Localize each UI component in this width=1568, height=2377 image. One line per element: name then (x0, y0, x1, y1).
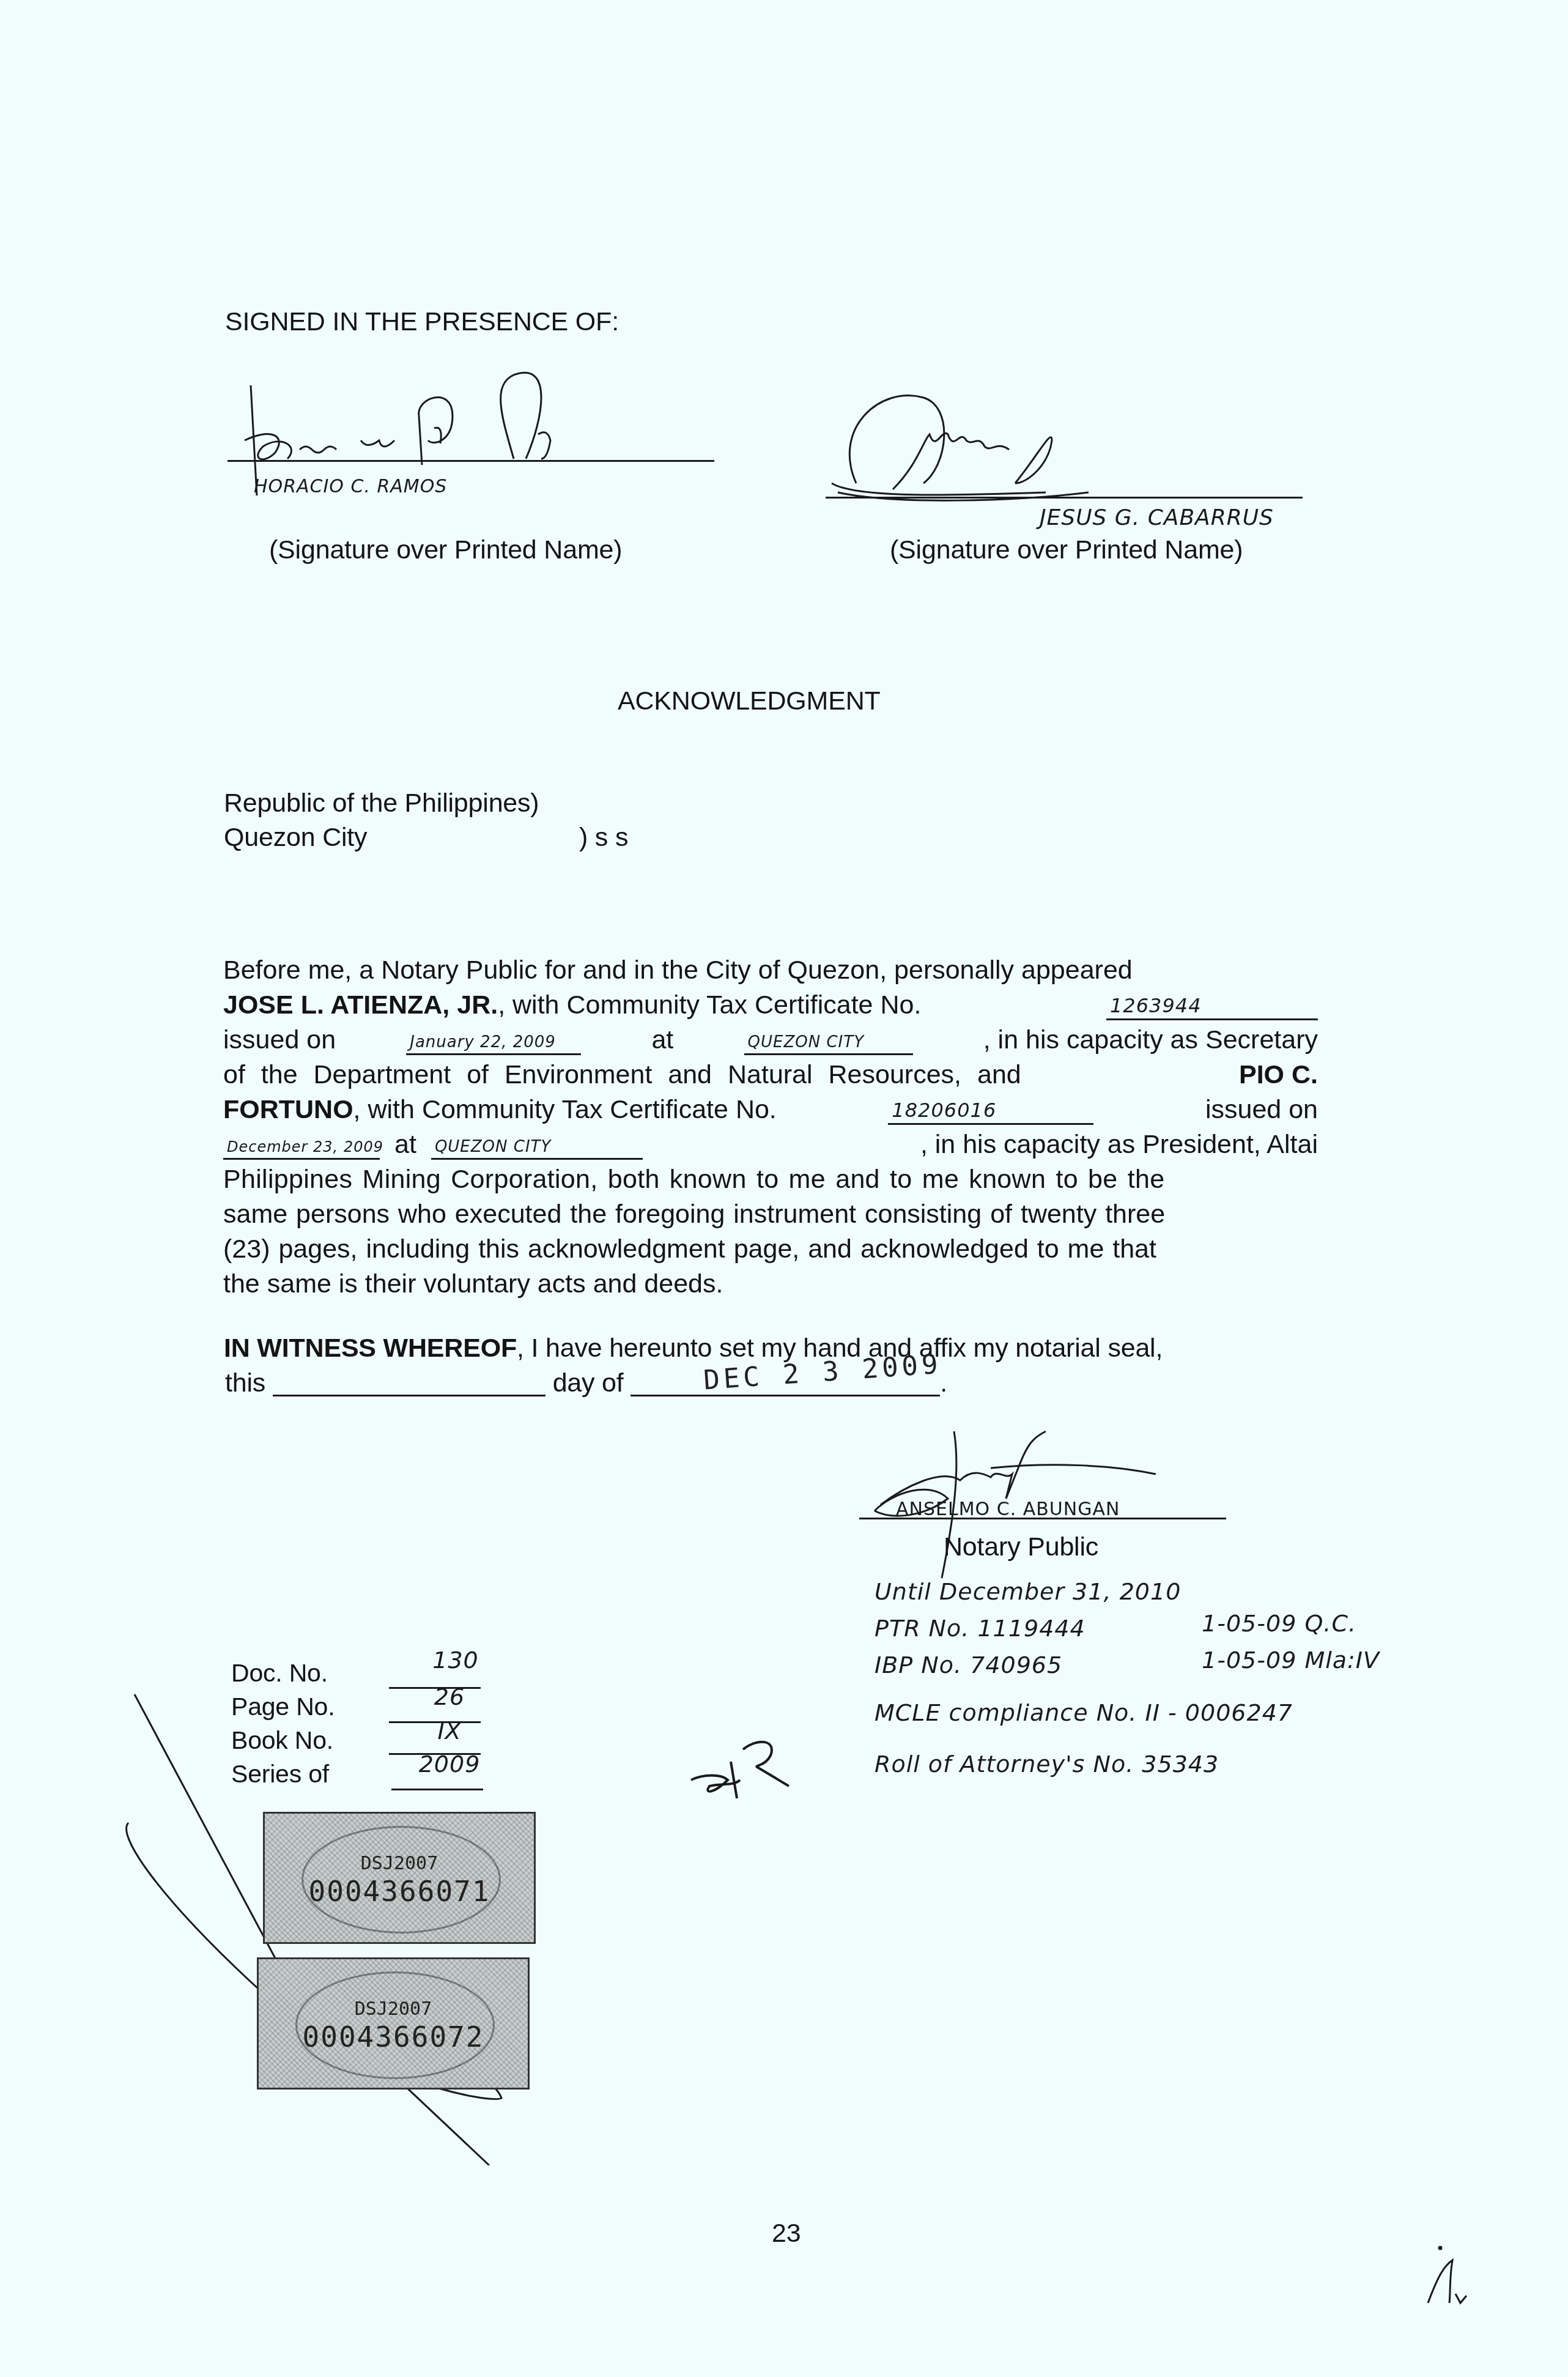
venue-country: Republic of the Philippines) (224, 790, 539, 817)
notary-printed-name: ANSELMO C. ABUNGAN (896, 1499, 1120, 1520)
doc-no-value: 130 (410, 1647, 501, 1674)
paragraph-text: at (394, 1132, 416, 1158)
witnesses-heading: SIGNED IN THE PRESENCE OF: (225, 309, 619, 335)
corner-initials-mark (1425, 2242, 1474, 2312)
ctc1-number-field: 1263944 (1106, 992, 1318, 1020)
ctc1-date-field: January 22, 2009 (406, 1027, 581, 1055)
stamp-serial: 0004366072 (259, 2020, 528, 2053)
paragraph-line-5: FORTUNO, with Community Tax Certificate … (223, 1097, 1318, 1125)
ctc1-number: 1263944 (1110, 994, 1202, 1017)
paragraph-text: the same is their voluntary acts and dee… (223, 1271, 723, 1297)
initials-mark (685, 1737, 819, 1808)
venue-ss: ) s s (579, 825, 628, 851)
paragraph-text: , in his capacity as Secretary (983, 1027, 1318, 1053)
paragraph-line-1: Before me, a Notary Public for and in th… (223, 957, 1318, 984)
ctc2-number-field: 18206016 (888, 1097, 1093, 1125)
appearer-2-name-part2: FORTUNO (223, 1095, 353, 1124)
page-number: 23 (772, 2220, 801, 2247)
witness-right-printed-name: JESUS G. CABARRUS (1040, 505, 1274, 530)
witness-right-signature-line (826, 497, 1303, 499)
notary-mcle-number: MCLE compliance No. II - 0006247 (875, 1699, 1293, 1726)
day-field (273, 1373, 545, 1396)
appearer-1-name: JOSE L. ATIENZA, JR. (223, 990, 498, 1020)
notary-ptr-number: PTR No. 1119444 (875, 1615, 1085, 1642)
paragraph-text: , with Community Tax Certificate No. (353, 1095, 777, 1124)
paragraph-line-9: (23) pages, including this acknowledgmen… (223, 1236, 1318, 1263)
stamp-code: DSJ2007 (259, 1998, 528, 2020)
notary-commission-until: Until December 31, 2010 (875, 1578, 1181, 1605)
documentary-stamp-2: DSJ2007 0004366072 (257, 1957, 530, 2090)
notary-title: Notary Public (944, 1534, 1098, 1560)
witness-clause: IN WITNESS WHEREOF, I have hereunto set … (224, 1335, 1163, 1362)
ctc2-number: 18206016 (892, 1099, 996, 1122)
ctc2-place-field: QUEZON CITY (431, 1132, 643, 1160)
ctc1-place-field: QUEZON CITY (744, 1027, 913, 1055)
ctc1-place: QUEZON CITY (748, 1033, 865, 1051)
notary-signature-line (859, 1518, 1226, 1519)
paragraph-text: Before me, a Notary Public for and in th… (223, 957, 1133, 984)
notary-ptr-date-place: 1-05-09 Q.C. (1202, 1610, 1356, 1637)
stamp-serial: 0004366071 (265, 1875, 534, 1908)
paragraph-line-6: December 23, 2009 at QUEZON CITY , in hi… (223, 1132, 1318, 1160)
appearer-2-name-part1: PIO C. (1239, 1062, 1318, 1088)
paragraph-text: , in his capacity as President, Altai (920, 1132, 1318, 1158)
paragraph-text: (23) pages, including this acknowledgmen… (223, 1236, 1156, 1263)
ctc1-date: January 22, 2009 (410, 1033, 556, 1051)
paragraph-text: issued on (223, 1027, 336, 1053)
witness-clause-lead: IN WITNESS WHEREOF (224, 1333, 517, 1363)
paragraph-line-7: Philippines Mining Corporation, both kno… (223, 1166, 1318, 1193)
documentary-stamp-1: DSJ2007 0004366071 (263, 1812, 536, 1944)
paragraph-text: same persons who executed the foregoing … (223, 1201, 1165, 1228)
witness-left-caption: (Signature over Printed Name) (269, 537, 622, 563)
paragraph-line-4: of the Department of Environment and Nat… (223, 1062, 1318, 1088)
paragraph-line-3: issued on January 22, 2009 at QUEZON CIT… (223, 1027, 1318, 1055)
notary-ibp-number: IBP No. 740965 (875, 1652, 1062, 1678)
paragraph-text: at (651, 1027, 673, 1053)
paragraph-text: issued on (1205, 1097, 1318, 1123)
day-of-label: day of (553, 1368, 624, 1398)
ctc2-date: December 23, 2009 (227, 1138, 383, 1155)
paragraph-text: , with Community Tax Certificate No. (498, 990, 921, 1020)
paragraph-line-8: same persons who executed the foregoing … (223, 1201, 1318, 1228)
ctc2-date-field: December 23, 2009 (223, 1132, 380, 1160)
paragraph-line-2: JOSE L. ATIENZA, JR., with Community Tax… (223, 992, 1318, 1020)
notary-roll-number: Roll of Attorney's No. 35343 (875, 1751, 1219, 1778)
witness-left-printed-name: HORACIO C. RAMOS (254, 476, 447, 497)
witness-right-caption: (Signature over Printed Name) (890, 537, 1243, 563)
paragraph-text: Philippines Mining Corporation, both kno… (223, 1166, 1164, 1193)
venue-city: Quezon City (224, 825, 367, 851)
paragraph-text: of the Department of Environment and Nat… (223, 1062, 1021, 1088)
acknowledgment-title: ACKNOWLEDGMENT (618, 688, 881, 714)
this-label: this (225, 1368, 265, 1398)
paragraph-line-10: the same is their voluntary acts and dee… (223, 1271, 1318, 1297)
witness-left-signature-line (227, 460, 714, 462)
ctc2-place: QUEZON CITY (435, 1138, 552, 1156)
stamp-code: DSJ2007 (265, 1853, 534, 1874)
notary-ibp-date-place: 1-05-09 Mla:IV (1202, 1647, 1380, 1674)
